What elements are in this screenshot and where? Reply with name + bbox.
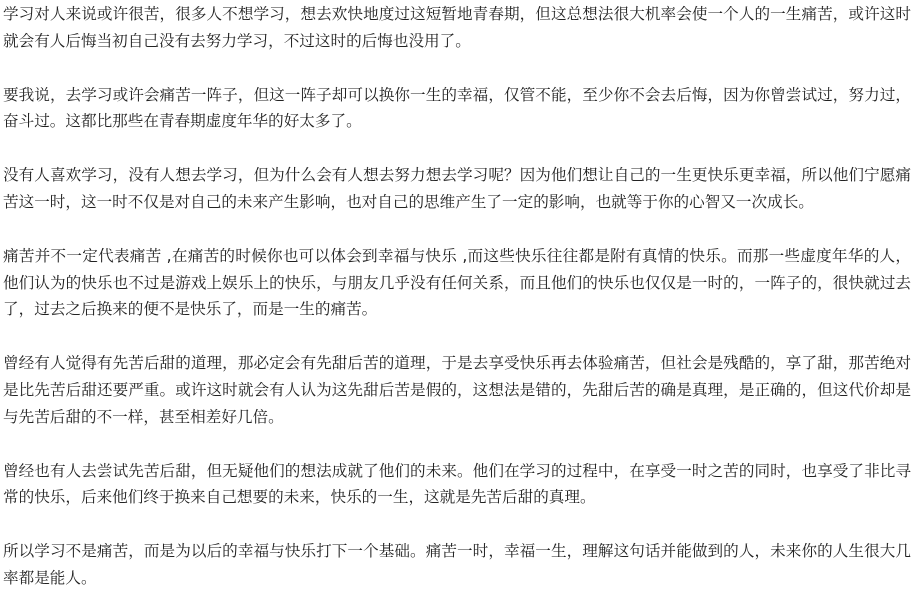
paragraph-7: 所以学习不是痛苦，而是为以后的幸福与快乐打下一个基础。痛苦一时，幸福一生，理解这… <box>3 538 911 592</box>
paragraph-6: 曾经也有人去尝试先苦后甜，但无疑他们的想法成就了他们的未来。他们在学习的过程中，… <box>3 458 911 512</box>
paragraph-4: 痛苦并不一定代表痛苦 ,在痛苦的时候你也可以体会到幸福与快乐 ,而这些快乐往往都… <box>3 243 911 323</box>
paragraph-2: 要我说，去学习或许会痛苦一阵子，但这一阵子却可以换你一生的幸福，仅管不能，至少你… <box>3 82 911 136</box>
paragraph-5: 曾经有人觉得有先苦后甜的道理，那必定会有先甜后苦的道理，于是去享受快乐再去体验痛… <box>3 350 911 430</box>
article-body: 学习对人来说或许很苦，很多人不想学习，想去欢快地度过这短暂地青春期，但这总想法很… <box>0 0 911 592</box>
paragraph-1: 学习对人来说或许很苦，很多人不想学习，想去欢快地度过这短暂地青春期，但这总想法很… <box>3 1 911 55</box>
paragraph-3: 没有人喜欢学习，没有人想去学习，但为什么会有人想去努力想去学习呢？因为他们想让自… <box>3 162 911 216</box>
